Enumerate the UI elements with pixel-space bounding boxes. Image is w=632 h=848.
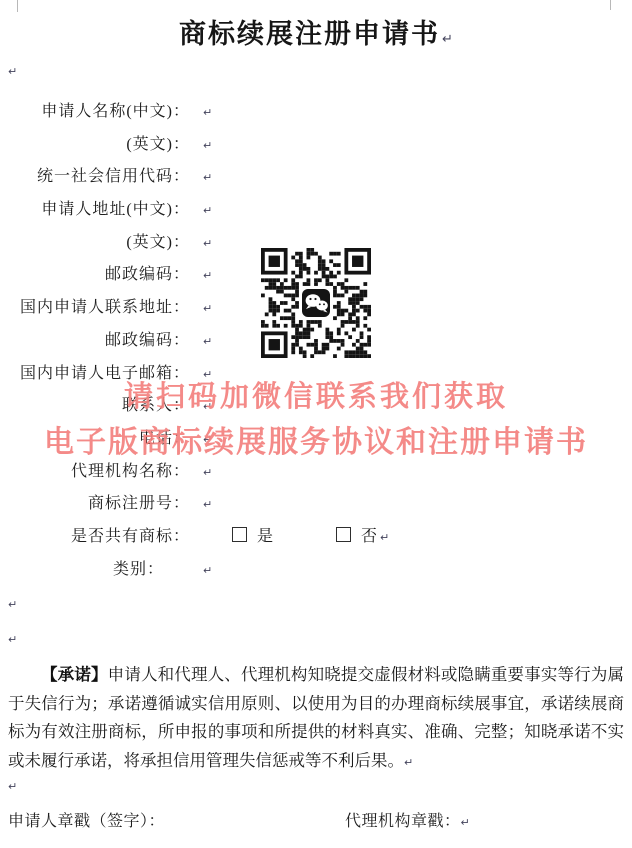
field-value-area[interactable]	[190, 168, 194, 188]
paragraph-return-mark: ↵	[203, 498, 212, 511]
agency-seal-label: 代理机构章戳：↵	[345, 808, 470, 831]
paragraph-return-mark: ↵	[461, 816, 470, 829]
paragraph-return-mark: ↵	[8, 599, 17, 611]
wechat-qr-code-graphic	[261, 248, 371, 358]
page-title: 商标续展注册申请书↵	[0, 12, 632, 51]
field-value-area[interactable]	[190, 135, 194, 155]
overlay-notice-line-1: 请扫码加微信联系我们获取	[0, 374, 632, 415]
field-value-area[interactable]	[190, 298, 194, 318]
checkbox-option-label: 是	[257, 528, 274, 545]
paragraph-return-mark: ↵	[203, 204, 212, 217]
checkbox-yes[interactable]	[232, 527, 247, 542]
checkbox-no[interactable]	[336, 527, 351, 542]
paragraph-return-mark: ↵	[404, 756, 413, 769]
form-row: 类别：↵	[0, 554, 632, 587]
paragraph-return-mark: ↵	[203, 171, 212, 184]
field-value-area[interactable]	[190, 102, 194, 122]
form-row: 是否共有商标：是否↵	[0, 521, 632, 554]
signature-row: 申请人章戳（签字）： 代理机构章戳：↵	[8, 808, 624, 832]
form-row: 统一社会信用代码：↵	[0, 161, 632, 194]
form-row: 申请人地址(中文)：↵	[0, 194, 632, 227]
field-label: 邮政编码：	[0, 259, 190, 292]
field-label: 类别：	[0, 554, 190, 587]
field-value-area[interactable]	[190, 233, 194, 253]
field-label: 邮政编码：	[0, 325, 190, 358]
form-row: 申请人名称(中文)：↵	[0, 96, 632, 129]
checkbox-option-label: 否	[361, 528, 378, 545]
paragraph-return-mark: ↵	[203, 335, 212, 348]
commitment-declaration-prefix: 【承诺】	[41, 665, 108, 684]
field-value-area[interactable]	[190, 462, 194, 482]
overlay-notice-line-2: 电子版商标续展服务协议和注册申请书	[0, 417, 632, 461]
field-value-area[interactable]	[190, 331, 194, 351]
paragraph-return-mark: ↵	[203, 302, 212, 315]
applicant-seal-label: 申请人章戳（签字）：	[8, 808, 165, 831]
paragraph-return-mark: ↵	[203, 564, 212, 577]
application-form-page: 商标续展注册申请书↵ ↵ ↵ ↵ ↵ 申请人名称(中文)：↵(英文)：↵统一社会…	[0, 0, 632, 848]
field-label: (英文)：	[0, 129, 190, 162]
paragraph-return-mark: ↵	[8, 781, 17, 793]
field-label: 是否共有商标：	[0, 521, 190, 554]
field-label: (英文)：	[0, 227, 190, 260]
field-label: 国内申请人联系地址：	[0, 292, 190, 325]
field-label: 商标注册号：	[0, 488, 190, 521]
crop-mark-right	[610, 0, 611, 10]
field-value-area[interactable]	[190, 266, 194, 286]
paragraph-return-mark: ↵	[442, 32, 453, 47]
field-label: 申请人名称(中文)：	[0, 96, 190, 129]
agency-seal-label-text: 代理机构章戳：	[345, 813, 461, 830]
paragraph-return-mark: ↵	[203, 466, 212, 479]
commitment-declaration: 【承诺】申请人和代理人、代理机构知晓提交虚假材料或隐瞒重要事实等行为属于失信行为…	[8, 661, 624, 777]
paragraph-return-mark: ↵	[203, 269, 212, 282]
page-title-text: 商标续展注册申请书	[179, 19, 440, 49]
field-label: 统一社会信用代码：	[0, 161, 190, 194]
paragraph-return-mark: ↵	[8, 634, 17, 646]
paragraph-return-mark: ↵	[203, 139, 212, 152]
paragraph-return-mark: ↵	[8, 66, 17, 78]
wechat-qr-code	[261, 248, 371, 358]
crop-mark-left	[17, 0, 18, 12]
paragraph-return-mark: ↵	[380, 531, 389, 544]
form-row: (英文)：↵	[0, 129, 632, 162]
paragraph-return-mark: ↵	[203, 237, 212, 250]
field-value-area[interactable]	[190, 200, 194, 220]
form-row: 商标注册号：↵	[0, 488, 632, 521]
field-value-area[interactable]	[190, 495, 194, 515]
paragraph-return-mark: ↵	[203, 106, 212, 119]
field-label: 申请人地址(中文)：	[0, 194, 190, 227]
field-value-area[interactable]	[190, 560, 194, 580]
